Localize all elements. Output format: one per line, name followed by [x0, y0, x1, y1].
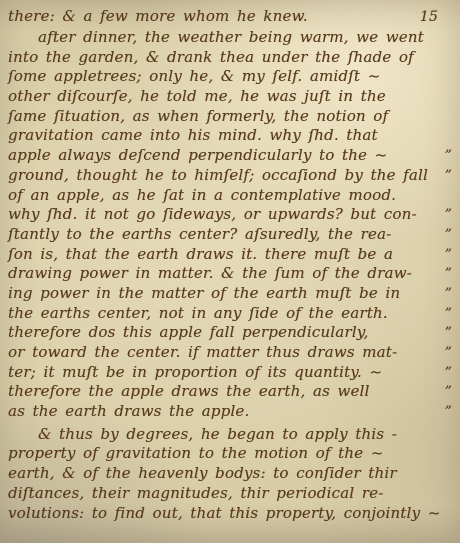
manuscript-line-text: & thus by degrees, he began to apply thi…	[6, 425, 438, 445]
margin-quote-mark: ”	[438, 403, 452, 423]
manuscript-line: earth, & of the heavenly bodys: to conſi…	[6, 464, 452, 484]
manuscript-line-text: of an apple, as he ſat in a contemplativ…	[6, 186, 438, 206]
manuscript-line-text: therefore dos this apple fall perpendicu…	[6, 323, 438, 343]
manuscript-line: ing power in the matter of the earth muſ…	[6, 284, 452, 304]
manuscript-line: gravitation came into his mind. why ſhd.…	[6, 126, 452, 146]
manuscript-line-text: ing power in the matter of the earth muſ…	[6, 284, 438, 304]
manuscript-line: therefore the apple draws the earth, as …	[6, 382, 452, 402]
margin-quote-mark: ”	[438, 383, 452, 403]
manuscript-line-text: into the garden, & drank thea under the …	[6, 48, 438, 68]
manuscript-line: why ſhd. it not go ſideways, or upwards?…	[6, 205, 452, 225]
manuscript-line-text: why ſhd. it not go ſideways, or upwards?…	[6, 205, 438, 225]
manuscript-line: ter; it muſt be in proportion of its qua…	[6, 363, 452, 383]
manuscript-line: other diſcourſe, he told me, he was juſt…	[6, 87, 452, 107]
margin-quote-mark: ”	[438, 305, 452, 325]
manuscript-line-text: ſtantly to the earths center? aſsuredly,…	[6, 225, 438, 245]
page-header: there: & a few more whom he knew. 15	[6, 5, 452, 28]
manuscript-line: property of gravitation to the motion of…	[6, 444, 452, 464]
manuscript-line: after dinner, the weather being warm, we…	[6, 28, 452, 48]
manuscript-line: ſome appletrees; only he, & my ſelf. ami…	[6, 67, 452, 87]
manuscript-line: ground, thought he to himſelf; occaſiond…	[6, 166, 452, 186]
manuscript-line-text: or toward the center. if matter thus dra…	[6, 343, 438, 363]
page-number: 15	[420, 6, 438, 29]
manuscript-line: the earths center, not in any ſide of th…	[6, 304, 452, 324]
manuscript-line-text: volutions: to find out, that this proper…	[6, 504, 440, 524]
margin-quote-mark: ”	[438, 265, 452, 285]
manuscript-line: apple always deſcend perpendicularly to …	[6, 146, 452, 166]
manuscript-line: into the garden, & drank thea under the …	[6, 48, 452, 68]
manuscript-line: of an apple, as he ſat in a contemplativ…	[6, 186, 452, 206]
margin-quote-mark: ”	[438, 226, 452, 246]
manuscript-line-text: ſame ſituation, as when formerly, the no…	[6, 107, 438, 127]
manuscript-line: ſon is, that the earth draws it. there m…	[6, 245, 452, 265]
manuscript-line: diſtances, their magnitudes, thir period…	[6, 484, 452, 504]
manuscript-line-text: ſon is, that the earth draws it. there m…	[6, 245, 438, 265]
manuscript-line: drawing power in matter. & the ſum of th…	[6, 264, 452, 284]
manuscript-line-text: gravitation came into his mind. why ſhd.…	[6, 126, 438, 146]
manuscript-line: & thus by degrees, he began to apply thi…	[6, 425, 452, 445]
manuscript-line: volutions: to find out, that this proper…	[6, 504, 452, 524]
manuscript-line: therefore dos this apple fall perpendicu…	[6, 323, 452, 343]
manuscript-line-text: ſome appletrees; only he, & my ſelf. ami…	[6, 67, 438, 87]
manuscript-line: ſame ſituation, as when formerly, the no…	[6, 107, 452, 127]
margin-quote-mark: ”	[438, 344, 452, 364]
manuscript-line-text: ter; it muſt be in proportion of its qua…	[6, 363, 438, 383]
manuscript-line-text: ground, thought he to himſelf; occaſiond…	[6, 166, 438, 186]
margin-quote-mark: ”	[438, 147, 452, 167]
manuscript-line-text: earth, & of the heavenly bodys: to conſi…	[6, 464, 438, 484]
margin-quote-mark: ”	[438, 167, 452, 187]
manuscript-line-text: therefore the apple draws the earth, as …	[6, 382, 438, 402]
paragraph-gravitation-application: & thus by degrees, he began to apply thi…	[6, 425, 452, 523]
margin-quote-mark: ”	[438, 364, 452, 384]
manuscript-line-text: diſtances, their magnitudes, thir period…	[6, 484, 438, 504]
manuscript-line-text: after dinner, the weather being warm, we…	[6, 28, 438, 48]
manuscript-line: ſtantly to the earths center? aſsuredly,…	[6, 225, 452, 245]
manuscript-line-text: other diſcourſe, he told me, he was juſt…	[6, 87, 438, 107]
paragraph-apple-anecdote: after dinner, the weather being warm, we…	[6, 28, 452, 422]
manuscript-page: there: & a few more whom he knew. 15 aft…	[0, 0, 460, 543]
manuscript-line: as the earth draws the apple. ”	[6, 402, 452, 422]
margin-quote-mark: ”	[438, 324, 452, 344]
margin-quote-mark: ”	[438, 285, 452, 305]
header-line-text: there: & a few more whom he knew.	[8, 5, 308, 28]
manuscript-line: or toward the center. if matter thus dra…	[6, 343, 452, 363]
manuscript-line-text: property of gravitation to the motion of…	[6, 444, 438, 464]
margin-quote-mark: ”	[438, 246, 452, 266]
margin-quote-mark: ”	[438, 206, 452, 226]
manuscript-line-text: the earths center, not in any ſide of th…	[6, 304, 438, 324]
manuscript-line-text: drawing power in matter. & the ſum of th…	[6, 264, 438, 284]
manuscript-line-text: apple always deſcend perpendicularly to …	[6, 146, 438, 166]
manuscript-line-text: as the earth draws the apple.	[6, 402, 438, 422]
